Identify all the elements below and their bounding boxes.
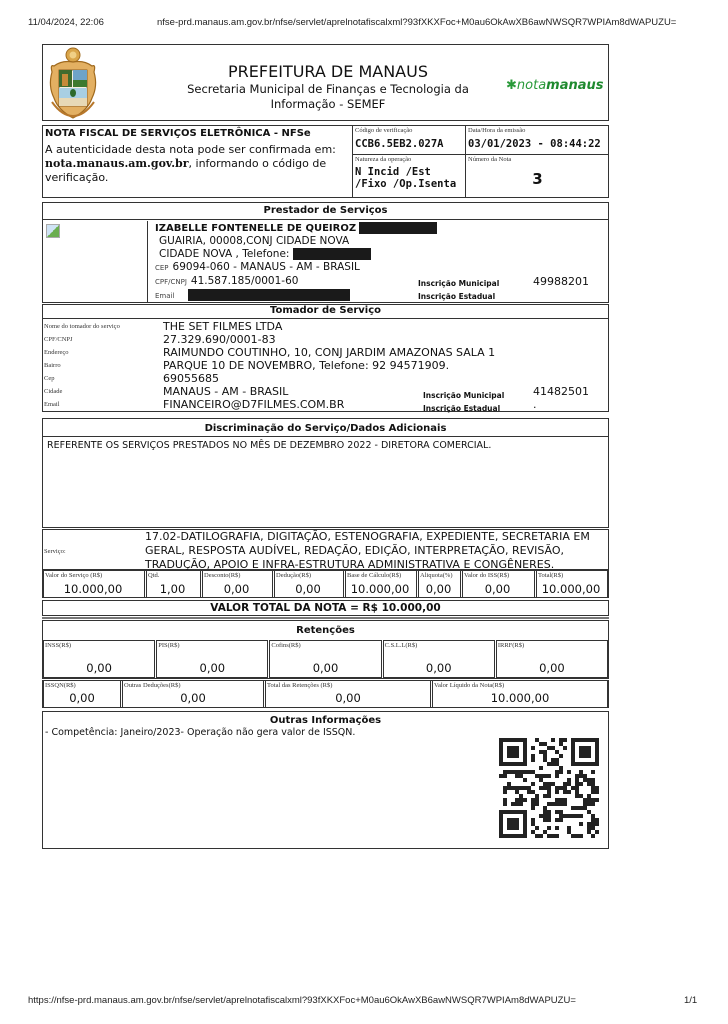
withholding-cell: PIS(R$)0,00 (156, 640, 268, 678)
customer-im-value: 41482501 (533, 385, 589, 398)
provider-address-line2: CIDADE NOVA , Telefone: (159, 248, 289, 260)
withholding-cell: IRRF(R$)0,00 (496, 640, 608, 678)
provider-cep-value: 69094-060 - MANAUS - AM - BRASIL (173, 261, 360, 273)
withholding-value: 0,00 (384, 661, 494, 675)
provider-cnpj-value: 41.587.185/0001-60 (191, 275, 299, 287)
withholdings-section: Retenções INSS(R$)0,00 PIS(R$)0,00 Cofin… (42, 620, 609, 679)
auth-text-before: A autenticidade desta nota pode ser conf… (45, 143, 336, 156)
value-cell: Qtd.1,00 (146, 571, 201, 597)
other-info-title: Outras Informações (43, 712, 608, 726)
provider-im-value: 49988201 (533, 275, 589, 288)
service-description-title: Discriminação do Serviço/Dados Adicionai… (43, 419, 608, 437)
withholdings-title: Retenções (43, 621, 608, 640)
withholding-label: Valor Líquido da Nota(R$) (434, 682, 504, 690)
withholding-label: ISSQN(R$) (45, 682, 76, 690)
page-subtitle: Secretaria Municipal de Finanças e Tecno… (163, 82, 493, 112)
invoice-number-cell: Número da Nota 3 (465, 155, 609, 197)
customer-row: Nome do tomador do serviçoTHE SET FILMES… (43, 320, 608, 333)
customer-row: CPF/CNPJ27.329.690/0001-83 (43, 333, 608, 346)
value-amount: 0,00 (205, 582, 268, 596)
customer-ie-label: Inscrição Estadual (423, 404, 500, 413)
customer-row: CidadeMANAUS - AM - BRASIL (43, 385, 608, 398)
redacted-block (359, 222, 437, 234)
invoice-number-value: 3 (468, 170, 607, 188)
operation-nature-cell: Natureza da operação N Incid /Est /Fixo … (353, 155, 465, 197)
value-cell: Valor do Serviço (R$)10.000,00 (43, 571, 145, 597)
customer-row-value: 27.329.690/0001-83 (163, 333, 276, 346)
redacted-phone (293, 248, 371, 260)
customer-row: Cep69055685 (43, 372, 608, 385)
withholding-label: C.S.L.L(R$) (385, 642, 418, 650)
issue-datetime-cell: Data/Hora da emissão 03/01/2023 - 08:44:… (465, 126, 609, 155)
customer-row-label: Bairro (44, 362, 61, 370)
customer-row-label: Cep (44, 375, 54, 383)
value-label: Aliquota(%) (420, 572, 453, 580)
withholding-cell: Total das Retenções (R$)0,00 (265, 681, 431, 707)
value-cell: Total(R$)10.000,00 (536, 571, 608, 597)
withholding-value: 0,00 (44, 691, 120, 705)
withholding-value: 0,00 (123, 691, 263, 705)
value-cell: Desconto(R$)0,00 (202, 571, 273, 597)
provider-logo-placeholder (43, 221, 148, 303)
withholding-value: 0,00 (157, 661, 267, 675)
withholding-cell: Cofins(R$)0,00 (269, 640, 381, 678)
page-title: PREFEITURA DE MANAUS (163, 62, 493, 81)
value-amount: 0,00 (421, 582, 456, 596)
value-label: Base de Cálculo(R$) (347, 572, 401, 580)
verification-code-value: CCB6.5EB2.027A (355, 138, 463, 150)
customer-row-value: RAIMUNDO COUTINHO, 10, CONJ JARDIM AMAZO… (163, 346, 495, 359)
value-cell: Dedução(R$)0,00 (274, 571, 344, 597)
customer-section: Tomador de Serviço Nome do tomador do se… (42, 304, 609, 412)
withholding-value: 0,00 (270, 661, 380, 675)
value-cell: Valor do ISS(R$)0,00 (462, 571, 535, 597)
value-label: Total(R$) (538, 572, 563, 580)
invoice-number-label: Número da Nota (468, 156, 607, 164)
other-info-text: - Competência: Janeiro/2023- Operação nã… (43, 727, 608, 738)
other-info-section: Outras Informações - Competência: Janeir… (42, 711, 609, 849)
broken-image-icon (46, 224, 60, 238)
customer-row: EndereçoRAIMUNDO COUTINHO, 10, CONJ JARD… (43, 346, 608, 359)
print-header-url: nfse-prd.manaus.am.gov.br/nfse/servlet/a… (157, 17, 676, 28)
provider-cnpj-label: CPF/CNPJ (155, 278, 187, 286)
manaus-coat-of-arms-icon (46, 46, 100, 120)
operation-nature-value: N Incid /Est /Fixo /Op.Isenta (355, 166, 463, 190)
withholding-label: PIS(R$) (158, 642, 179, 650)
withholding-value: 0,00 (266, 691, 430, 705)
provider-cep-label: CEP (155, 264, 169, 272)
withholding-value: 0,00 (497, 661, 607, 675)
provider-name: IZABELLE FONTENELLE DE QUEIROZ (155, 223, 356, 234)
withholdings-summary-row: ISSQN(R$)0,00 Outras Deduções(R$)0,00 To… (42, 680, 609, 708)
authenticity-note: A autenticidade desta nota pode ser conf… (45, 143, 350, 185)
value-cell: Aliquota(%)0,00 (418, 571, 461, 597)
brand-prefix: nota (517, 78, 546, 93)
customer-row-label: Email (44, 401, 60, 409)
withholding-value: 0,00 (44, 661, 154, 675)
value-label: Qtd. (148, 572, 159, 580)
customer-row-label: CPF/CNPJ (44, 336, 73, 344)
issue-datetime-label: Data/Hora da emissão (468, 127, 607, 135)
service-code-section: Serviço: 17.02-DATILOGRAFIA, DIGITAÇÃO, … (42, 529, 609, 570)
withholding-label: Outras Deduções(R$) (124, 682, 181, 690)
withholding-value: 10.000,00 (433, 691, 607, 705)
withholding-cell: Valor Líquido da Nota(R$)10.000,00 (432, 681, 608, 707)
withholding-cell: ISSQN(R$)0,00 (43, 681, 121, 707)
customer-row-value: FINANCEIRO@D7FILMES.COM.BR (163, 398, 344, 411)
provider-address-line1: GUAIRIA, 00008,CONJ CIDADE NOVA (155, 235, 605, 248)
value-amount: 10.000,00 (46, 582, 140, 596)
withholding-cell: Outras Deduções(R$)0,00 (122, 681, 264, 707)
brand-suffix: manaus (546, 78, 603, 93)
customer-row-value: PARQUE 10 DE NOVEMBRO, Telefone: 92 9457… (163, 359, 449, 372)
nfse-title: NOTA FISCAL DE SERVIÇOS ELETRÔNICA - NFS… (45, 128, 350, 139)
provider-im-label: Inscrição Municipal (418, 279, 499, 288)
issue-datetime-value: 03/01/2023 - 08:44:22 (468, 138, 607, 150)
notamanaus-logo: ✱notamanaus (506, 78, 604, 93)
customer-row: EmailFINANCEIRO@D7FILMES.COM.BR (43, 398, 608, 411)
document-header: PREFEITURA DE MANAUS Secretaria Municipa… (42, 44, 609, 121)
service-code-label: Serviço: (44, 548, 66, 556)
print-datetime: 11/04/2024, 22:06 (28, 17, 104, 28)
provider-section: Prestador de Serviços IZABELLE FONTENELL… (42, 202, 609, 303)
customer-row-value: THE SET FILMES LTDA (163, 320, 282, 333)
redacted-email (188, 289, 350, 301)
page-number: 1/1 (684, 995, 697, 1006)
qr-code-icon[interactable] (499, 738, 599, 838)
customer-row-label: Endereço (44, 349, 69, 357)
withholding-label: IRRF(R$) (498, 642, 524, 650)
customer-row-label: Cidade (44, 388, 62, 396)
values-row: Valor do Serviço (R$)10.000,00 Qtd.1,00 … (42, 570, 609, 598)
provider-section-title: Prestador de Serviços (43, 203, 608, 220)
service-code-value: 17.02-DATILOGRAFIA, DIGITAÇÃO, ESTENOGRA… (145, 530, 607, 572)
value-cell: Base de Cálculo(R$)10.000,00 (345, 571, 417, 597)
service-description-text: REFERENTE OS SERVIÇOS PRESTADOS NO MÊS D… (43, 437, 608, 454)
withholding-cell: INSS(R$)0,00 (43, 640, 155, 678)
provider-email-label: Email (155, 292, 174, 300)
withholding-label: INSS(R$) (45, 642, 71, 650)
print-footer-url: https://nfse-prd.manaus.am.gov.br/nfse/s… (28, 995, 576, 1006)
operation-nature-label: Natureza da operação (355, 156, 463, 164)
withholding-cell: C.S.L.L(R$)0,00 (383, 640, 495, 678)
value-amount: 0,00 (277, 582, 339, 596)
customer-im-label: Inscrição Municipal (423, 391, 504, 400)
value-label: Valor do Serviço (R$) (45, 572, 102, 580)
asterisk-icon: ✱ (506, 78, 517, 93)
customer-row-value: MANAUS - AM - BRASIL (163, 385, 288, 398)
verification-code-label: Código de verificação (355, 127, 463, 135)
value-amount: 1,00 (149, 582, 196, 596)
customer-row-value: 69055685 (163, 372, 219, 385)
auth-site-link: nota.manaus.am.gov.br (45, 157, 189, 170)
customer-ie-value: . (533, 398, 537, 411)
value-amount: 0,00 (465, 582, 530, 596)
provider-ie-label: Inscrição Estadual (418, 292, 495, 301)
withholding-label: Cofins(R$) (271, 642, 300, 650)
service-description-section: Discriminação do Serviço/Dados Adicionai… (42, 418, 609, 528)
value-label: Valor do ISS(R$) (464, 572, 509, 580)
value-amount: 10.000,00 (348, 582, 412, 596)
value-label: Dedução(R$) (276, 572, 311, 580)
withholding-label: Total das Retenções (R$) (267, 682, 332, 690)
invoice-total: VALOR TOTAL DA NOTA = R$ 10.000,00 (42, 600, 609, 616)
customer-row-label: Nome do tomador do serviço (44, 323, 120, 331)
customer-section-title: Tomador de Serviço (43, 305, 608, 319)
value-amount: 10.000,00 (539, 582, 603, 596)
customer-row: BairroPARQUE 10 DE NOVEMBRO, Telefone: 9… (43, 359, 608, 372)
nfse-info: NOTA FISCAL DE SERVIÇOS ELETRÔNICA - NFS… (42, 125, 609, 198)
section-divider (42, 617, 609, 619)
value-label: Desconto(R$) (204, 572, 240, 580)
verification-code-cell: Código de verificação CCB6.5EB2.027A (353, 126, 465, 155)
